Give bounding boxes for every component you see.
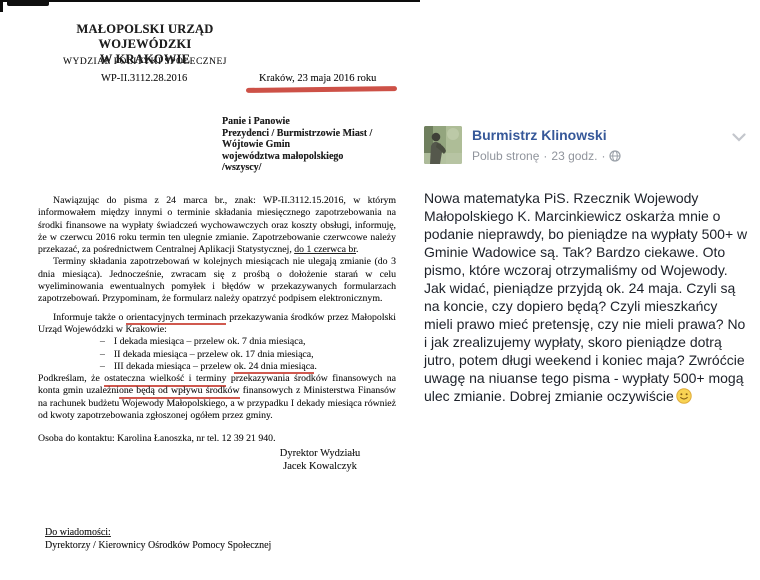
list-item-3-text: III dekada miesiąca – przelew bbox=[114, 361, 234, 372]
like-page-link[interactable]: Polub stronę bbox=[472, 149, 539, 163]
letter-body: Nawiązując do pisma z 24 marca br., znak… bbox=[38, 195, 396, 446]
paragraph-2: Terminy składania zapotrzebowań w kolejn… bbox=[38, 256, 396, 305]
cc-footer: Do wiadomości: Dyrektorzy / Kierownicy O… bbox=[45, 527, 271, 552]
addressee-line: Panie i Panowie bbox=[222, 116, 372, 128]
addressee-line: /wszyscy/ bbox=[222, 162, 372, 174]
reference-number: WP-II.3112.28.2016 bbox=[101, 73, 187, 84]
paragraph-4: Podkreślam, że ostateczna wielkość i ter… bbox=[38, 373, 396, 422]
addressee-line: Prezydenci / Burmistrzowie Miast / bbox=[222, 128, 372, 140]
place-and-date: Kraków, 23 maja 2016 roku bbox=[259, 73, 376, 84]
addressee-line: województwa małopolskiego bbox=[222, 151, 372, 163]
org-name-line1: MAŁOPOLSKI URZĄD WOJEWÓDZKI bbox=[77, 22, 214, 51]
meta-separator: · bbox=[543, 149, 547, 163]
paragraph-3-text: Informuje także o bbox=[53, 312, 126, 323]
chevron-down-icon[interactable] bbox=[732, 133, 746, 142]
list-dash: – bbox=[100, 361, 105, 373]
list-item-2: –II dekada miesiąca – przelew ok. 17 dni… bbox=[100, 349, 396, 361]
scan-artifact-corner bbox=[0, 0, 3, 12]
post-meta: Polub stronę · 23 godz. · bbox=[472, 149, 621, 163]
list-dash: – bbox=[100, 336, 105, 348]
paragraph-1-end: . bbox=[356, 244, 358, 255]
list-item-1-text: I dekada miesiąca – przelew ok. 7 dnia m… bbox=[114, 336, 306, 347]
globe-icon bbox=[609, 150, 621, 162]
addressee-block: Panie i Panowie Prezydenci / Burmistrzow… bbox=[222, 116, 372, 174]
avatar[interactable] bbox=[424, 126, 462, 164]
signature-block: Dyrektor Wydziału Jacek Kowalczyk bbox=[244, 448, 396, 473]
screenshot: MAŁOPOLSKI URZĄD WOJEWÓDZKIW KRAKOWIE WY… bbox=[0, 0, 760, 580]
author-link[interactable]: Burmistrz Klinowski bbox=[472, 127, 607, 144]
paragraph-4-text: Podkreślam, że bbox=[38, 373, 104, 384]
transfer-dates-list: –I dekada miesiąca – przelew ok. 7 dnia … bbox=[100, 336, 396, 373]
paragraph-1: Nawiązując do pisma z 24 marca br., znak… bbox=[38, 195, 396, 256]
paragraph-3: Informuje także o orientacyjnych termina… bbox=[38, 312, 396, 337]
signature-name: Jacek Kowalczyk bbox=[244, 461, 396, 474]
list-dash: – bbox=[100, 349, 105, 361]
list-item-2-text: II dekada miesiąca – przelew ok. 17 dnia… bbox=[114, 349, 314, 360]
list-item-1: –I dekada miesiąca – przelew ok. 7 dnia … bbox=[100, 336, 396, 348]
contact-person-line: Osoba do kontaktu: Karolina Łanoszka, nr… bbox=[38, 433, 396, 445]
list-item-3: –III dekada miesiąca – przelew ok. 24 dn… bbox=[100, 361, 396, 373]
scan-artifact-line bbox=[0, 0, 420, 2]
signature-title: Dyrektor Wydziału bbox=[244, 448, 396, 461]
cc-label: Do wiadomości: bbox=[45, 527, 271, 540]
letterhead-department: WYDZIAŁ POLITYKI SPOŁECZNEJ bbox=[38, 57, 252, 67]
cc-recipients: Dyrektorzy / Kierownicy Ośrodków Pomocy … bbox=[45, 540, 271, 553]
post-text-content: Nowa matematyka PiS. Rzecznik Wojewody M… bbox=[424, 190, 747, 404]
post-header-text: Burmistrz Klinowski Polub stronę · 23 go… bbox=[472, 126, 621, 163]
avatar-image bbox=[424, 126, 462, 164]
facebook-post: Burmistrz Klinowski Polub stronę · 23 go… bbox=[424, 126, 748, 405]
post-header: Burmistrz Klinowski Polub stronę · 23 go… bbox=[424, 126, 748, 164]
scan-artifact-blob bbox=[7, 0, 49, 6]
post-text: Nowa matematyka PiS. Rzecznik Wojewody M… bbox=[424, 189, 748, 405]
meta-separator: · bbox=[601, 149, 605, 163]
red-marker-underline bbox=[246, 86, 397, 93]
slightly-smiling-emoji bbox=[676, 388, 692, 404]
timestamp-link[interactable]: 23 godz. bbox=[551, 149, 597, 163]
deadline-underlined: do 1 czerwca br bbox=[294, 244, 356, 255]
list-item-3-end: . bbox=[314, 361, 316, 372]
addressee-line: Wójtowie Gmin bbox=[222, 139, 372, 151]
official-letter-scan: MAŁOPOLSKI URZĄD WOJEWÓDZKIW KRAKOWIE WY… bbox=[0, 0, 420, 580]
